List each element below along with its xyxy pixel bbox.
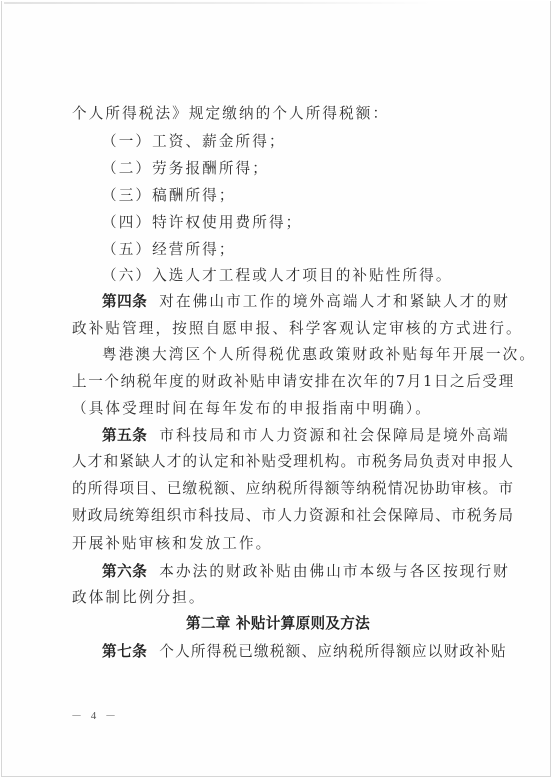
article-4: 第四条对在佛山市工作的境外高端人才和紧缺人才的财 <box>102 292 520 312</box>
article-text: 个人所得税已缴税额、应纳税所得额应以财政补贴 <box>159 643 506 660</box>
list-item-2: （二）劳务报酬所得； <box>102 159 520 179</box>
article-text: 市科技局和市人力资源和社会保障局是境外高端 <box>159 427 510 444</box>
article-5: 第五条市科技局和市人力资源和社会保障局是境外高端 <box>102 426 520 446</box>
paragraph-line: （具体受理时间在每年发布的申报指南中明确）。 <box>72 399 490 419</box>
list-item-4: （四）特许权使用费所得； <box>102 213 520 233</box>
text-line: 政补贴管理，按照自愿申报、科学客观认定审核的方式进行。 <box>72 319 490 339</box>
text-line: 开展补贴审核和发放工作。 <box>72 534 490 554</box>
list-item-6: （六）入选人才工程或人才项目的补贴性所得。 <box>102 266 520 286</box>
list-item-5: （五）经营所得； <box>102 240 520 260</box>
text-line: 政体制比例分担。 <box>72 588 490 608</box>
article-text: 对在佛山市工作的境外高端人才和紧缺人才的财 <box>159 293 510 310</box>
article-label: 第六条 <box>102 563 147 580</box>
list-item-1: （一）工资、薪金所得； <box>102 132 520 152</box>
text-line: 个人所得税法》规定缴纳的个人所得税额： <box>72 104 490 124</box>
article-text: 本办法的财政补贴由佛山市本级与各区按现行财 <box>159 563 510 580</box>
article-label: 第七条 <box>102 643 147 660</box>
paragraph-line: 上一个纳税年度的财政补贴申请安排在次年的7月1日之后受理 <box>72 372 490 392</box>
text-line: 财政局统筹组织市科技局、市人力资源和社会保障局、市税务局 <box>72 506 490 526</box>
document-page: 个人所得税法》规定缴纳的个人所得税额： （一）工资、薪金所得； （二）劳务报酬所… <box>1 1 551 777</box>
page-number: － 4 － <box>71 707 119 723</box>
article-label: 第五条 <box>102 427 147 444</box>
text-line: 的所得项目、已缴税额、应纳税所得额等纳税情况协助审核。市 <box>72 479 490 499</box>
page-top-edge <box>4 2 434 4</box>
paragraph-line: 粤港澳大湾区个人所得税优惠政策财政补贴每年开展一次。 <box>102 345 520 365</box>
list-item-3: （三）稿酬所得； <box>102 186 520 206</box>
article-7: 第七条个人所得税已缴税额、应纳税所得额应以财政补贴 <box>102 642 520 662</box>
article-label: 第四条 <box>102 293 147 310</box>
text-line: 人才和紧缺人才的认定和补贴受理机构。市税务局负责对申报人 <box>72 452 490 472</box>
chapter-heading: 第二章 补贴计算原则及方法 <box>2 614 552 634</box>
article-6: 第六条本办法的财政补贴由佛山市本级与各区按现行财 <box>102 562 520 582</box>
